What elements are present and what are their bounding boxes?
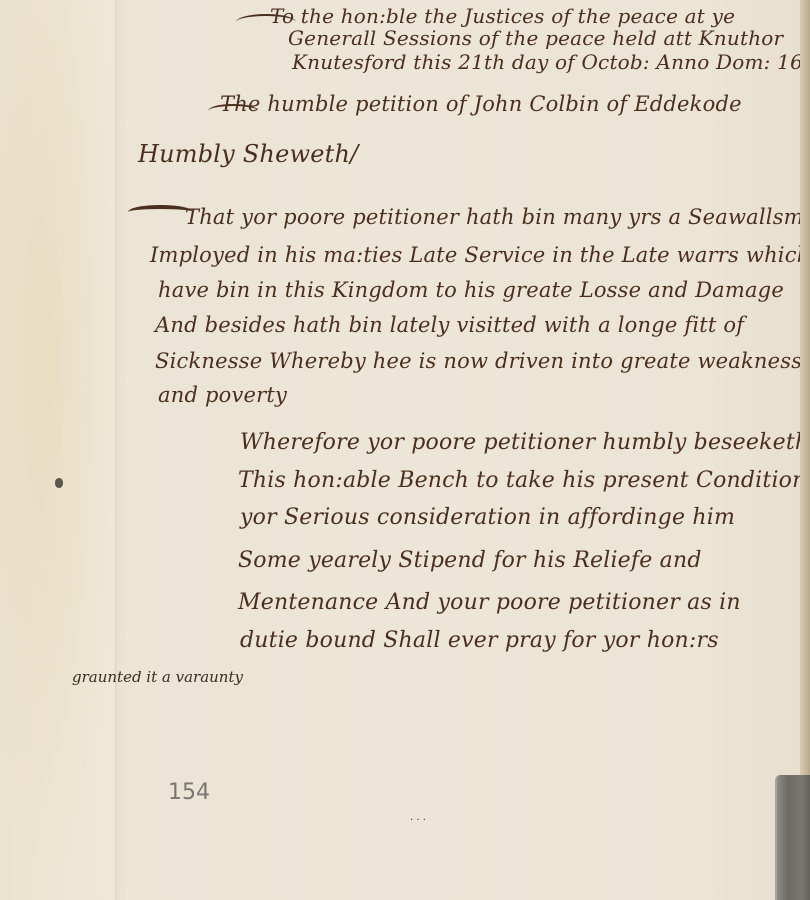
manuscript-page: To the hon:ble the Justices of the peace… (0, 0, 805, 900)
petition-title: The humble petition of John Colbin of Ed… (220, 92, 742, 116)
flourish-decoration (128, 205, 193, 219)
margin-annotation: graunted it a varaunty (72, 668, 243, 686)
body-line-6: and poverty (158, 383, 287, 407)
ink-blot (55, 478, 63, 488)
body-line-4: And besides hath bin lately visitted wit… (155, 313, 744, 337)
body-line-3: have bin in this Kingdom to his greate L… (158, 278, 784, 302)
prayer-line-2: This hon:able Bench to take his present … (238, 468, 810, 493)
ink-specks: · · · (410, 815, 426, 826)
page-edge (800, 0, 810, 900)
folio-number: 154 (168, 780, 210, 805)
binding-clip (775, 775, 810, 900)
prayer-line-4: Some yearely Stipend for his Reliefe and (238, 548, 702, 573)
page-fold-line (115, 0, 118, 900)
body-line-2: Imployed in his ma:ties Late Service in … (150, 243, 810, 267)
address-line-1: To the hon:ble the Justices of the peace… (270, 4, 735, 28)
address-line-3: Knutesford this 21th day of Octob: Anno … (292, 50, 810, 74)
address-line-2: Generall Sessions of the peace held att … (288, 26, 783, 50)
salutation: Humbly Sheweth/ (138, 140, 358, 168)
prayer-line-6: dutie bound Shall ever pray for yor hon:… (240, 628, 719, 653)
body-line-5: Sicknesse Whereby hee is now driven into… (155, 349, 810, 373)
prayer-line-5: Mentenance And your poore petitioner as … (238, 590, 741, 615)
body-line-1: That yor poore petitioner hath bin many … (185, 205, 810, 229)
prayer-line-1: Wherefore yor poore petitioner humbly be… (240, 430, 809, 455)
prayer-line-3: yor Serious consideration in affordinge … (240, 505, 735, 530)
paper-stain (0, 0, 118, 900)
